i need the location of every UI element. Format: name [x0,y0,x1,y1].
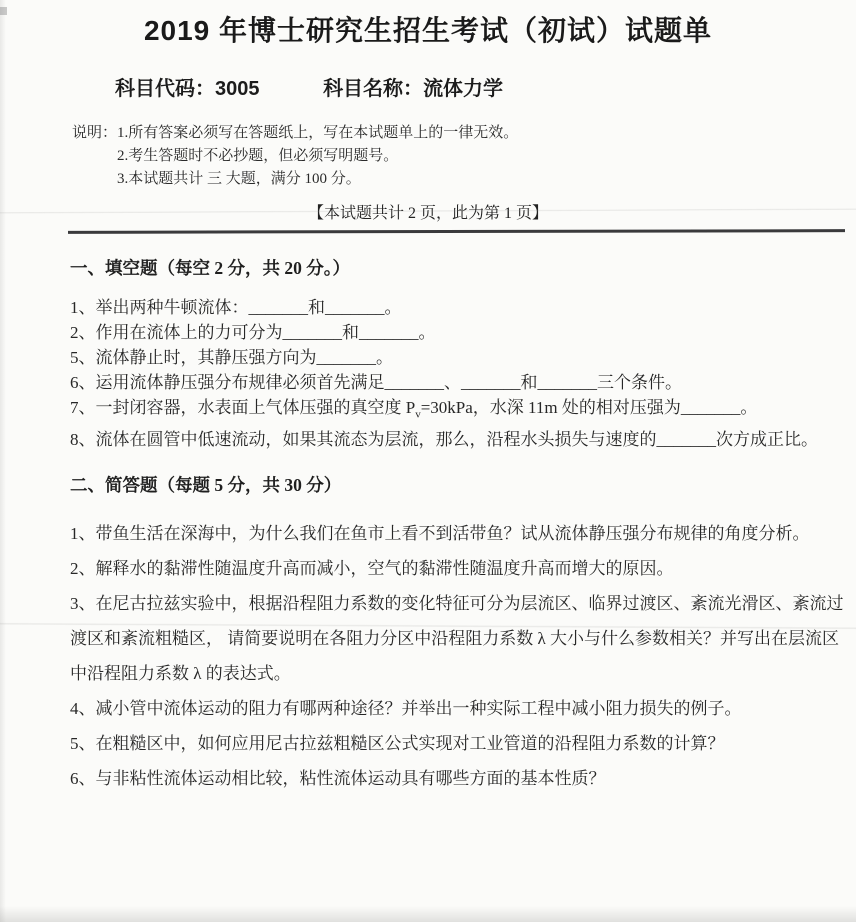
section1-question-5: 5、流体静止时，其静压强方向为_______。 [70,345,846,370]
section2-question-1: 1、带鱼生活在深海中，为什么我们在鱼市上看不到活带鱼？试从流体静压强分布规律的角… [70,516,846,551]
section-1-header: 一、填空题（每空 2 分，共 20 分。） [70,257,846,279]
instruction-item: 2.考生答题时不必抄题，但必须写明题号。 [117,145,518,168]
subject-code: 科目代码：3005 [115,78,260,100]
section1-question-6: 6、运用流体静压强分布规律必须首先满足_______、_______和_____… [70,370,846,395]
exam-paper-page: 2019 年博士研究生招生考试（初试）试题单 科目代码：3005 科目名称：流体… [0,0,856,922]
scan-corner-artifact [0,7,7,15]
q7-text-after-subscript: =30kPa，水深 11m 处的相对压强为_______。 [421,398,758,417]
section-2-header: 二、简答题（每题 5 分，共 30 分） [70,474,846,496]
page-title: 2019 年博士研究生招生考试（初试）试题单 [0,15,856,47]
section1-question-1: 1、举出两种牛顿流体：_______和_______。 [70,295,846,320]
section1-question-7: 7、一封闭容器，水表面上气体压强的真空度 Pv=30kPa，水深 11m 处的相… [70,395,846,427]
instruction-item: 3.本试题共计 三 大题，满分 100 分。 [117,168,518,191]
instructions-list: 1.所有答案必须写在答题纸上，写在本试题单上的一律无效。 2.考生答题时不必抄题… [117,122,518,191]
instruction-item: 1.所有答案必须写在答题纸上，写在本试题单上的一律无效。 [117,122,518,145]
section2-question-5: 5、在粗糙区中，如何应用尼古拉兹粗糙区公式实现对工业管道的沿程阻力系数的计算？ [70,726,846,761]
subject-line: 科目代码：3005 科目名称：流体力学 [0,77,856,101]
section2-question-2: 2、解释水的黏滞性随温度升高而减小，空气的黏滞性随温度升高而增大的原因。 [70,551,846,586]
subject-name: 科目名称：流体力学 [323,78,503,100]
exam-body: 一、填空题（每空 2 分，共 20 分。） 1、举出两种牛顿流体：_______… [0,257,856,796]
instructions-label: 说明： [72,122,117,191]
divider-rule [68,229,845,234]
subject-name-value: 流体力学 [423,78,503,100]
section2-question-6: 6、与非粘性流体运动相比较，粘性流体运动具有哪些方面的基本性质？ [70,761,846,796]
scan-bottom-edge-shadow [0,906,856,922]
section2-question-3: 3、在尼古拉兹实验中，根据沿程阻力系数的变化特征可分为层流区、临界过渡区、紊流光… [70,586,846,691]
section1-question-2: 2、作用在流体上的力可分为_______和_______。 [70,320,846,345]
page-indicator: 【本试题共计 2 页，此为第 1 页】 [0,204,856,223]
section2-question-4: 4、减小管中流体运动的阻力有哪两种途径？并举出一种实际工程中减小阻力损失的例子。 [70,691,846,726]
exam-instructions: 说明： 1.所有答案必须写在答题纸上，写在本试题单上的一律无效。 2.考生答题时… [0,122,856,191]
subject-name-label: 科目名称： [323,78,423,100]
section1-question-8: 8、流体在圆管中低速流动，如果其流态为层流，那么，沿程水头损失与速度的_____… [70,427,846,452]
subject-code-label: 科目代码： [115,78,215,100]
q7-text-before-subscript: 7、一封闭容器，水表面上气体压强的真空度 P [70,398,415,417]
subject-code-value: 3005 [215,78,260,100]
